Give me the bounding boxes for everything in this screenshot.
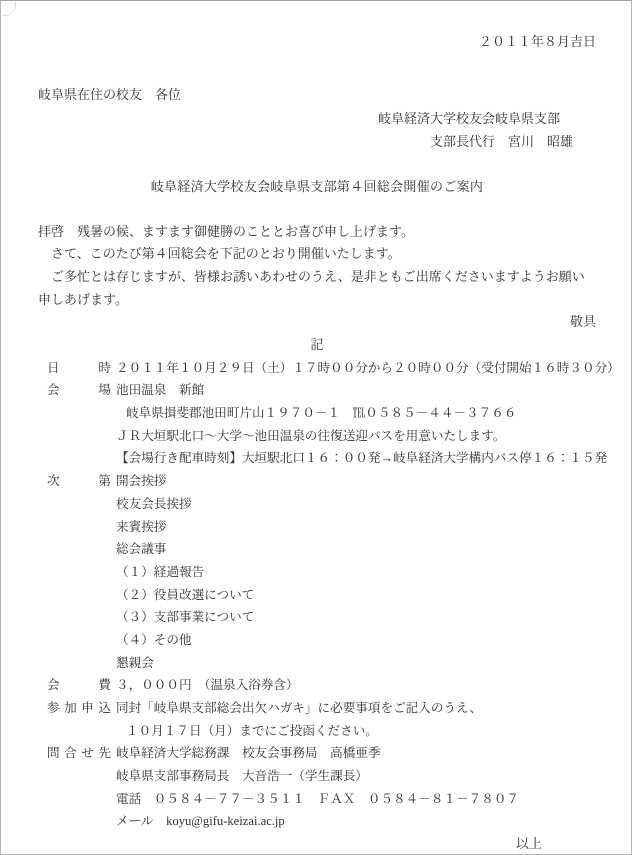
detail-content: 校友会長挨拶 — [116, 493, 192, 516]
detail-label — [47, 606, 111, 629]
detail-row: （２）役員改選について — [47, 584, 596, 607]
detail-label: 会場 — [47, 379, 111, 402]
detail-content: ３，０００円 （温泉入浴券含） — [116, 674, 299, 697]
document-title: 岐阜経済大学校友会岐阜県支部第４回総会開催のご案内 — [38, 176, 596, 199]
detail-content: （２）役員改選について — [116, 584, 254, 607]
detail-label: 会費 — [47, 674, 111, 697]
detail-row: 会費 ３，０００円 （温泉入浴券含） — [47, 674, 596, 697]
detail-label: 問合せ先 — [47, 742, 111, 765]
detail-label — [47, 810, 111, 833]
detail-content: ＪＲ大垣駅北口～大学～池田温泉の往復送迎バスを用意いたします。 — [116, 425, 505, 448]
detail-row: 日時 ２０１１年１０月２９日（土）１７時００分から２０時００分（受付開始１６時３… — [47, 357, 596, 380]
detail-row: 【会場行き配車時刻】大垣駅北口１６：００発→岐阜経済大学構内バス停１６：１５発 — [47, 447, 596, 470]
detail-row: 校友会長挨拶 — [47, 493, 596, 516]
record-heading: 記 — [38, 334, 596, 357]
addressee: 岐阜県在住の校友 各位 — [38, 84, 596, 107]
detail-content: 来賓挨拶 — [116, 516, 166, 539]
sender-representative: 支部長代行 宮川 昭雄 — [430, 131, 596, 154]
details-list: 日時 ２０１１年１０月２９日（土）１７時００分から２０時００分（受付開始１６時３… — [47, 357, 596, 833]
greeting-line: 拝啓 残暑の候、ますます御健勝のこととお喜び申し上げます。 — [38, 221, 596, 244]
detail-content: 岐阜県支部事務局長 大音浩一（学生課長） — [116, 765, 368, 788]
scan-corner-artifact — [0, 0, 16, 16]
detail-row: ＪＲ大垣駅北口～大学～池田温泉の往復送迎バスを用意いたします。 — [47, 425, 596, 448]
detail-label — [47, 516, 111, 539]
detail-label — [47, 425, 111, 448]
document-page: ２０１１年８月吉日 岐阜県在住の校友 各位 岐阜経済大学校友会岐阜県支部 支部長… — [0, 0, 632, 855]
detail-content: １０月１７日（月）までにご投函ください。 — [126, 720, 378, 743]
detail-row: 来賓挨拶 — [47, 516, 596, 539]
detail-row: 岐阜県支部事務局長 大音浩一（学生課長） — [47, 765, 596, 788]
detail-label — [47, 720, 111, 743]
greeting-line: ご多忙とは存じますが、皆様お誘いあわせのうえ、是非ともご出席くださいますようお願… — [38, 266, 596, 311]
detail-row: 岐阜県揖斐郡池田町片山１９７０－１ ℡０５８５－４４－３７６６ — [47, 402, 596, 425]
greeting-paragraphs: 拝啓 残暑の候、ますます御健勝のこととお喜び申し上げます。 さて、このたび第４回… — [38, 221, 596, 312]
detail-label — [47, 629, 111, 652]
detail-content: 総会議事 — [116, 538, 166, 561]
detail-row: （１）経過報告 — [47, 561, 596, 584]
detail-label — [47, 765, 111, 788]
detail-label — [47, 561, 111, 584]
detail-label — [47, 538, 111, 561]
detail-content: メール koyu@gifu-keizai.ac.jp — [116, 810, 285, 833]
detail-row: 総会議事 — [47, 538, 596, 561]
detail-content: （１）経過報告 — [116, 561, 204, 584]
detail-label: 参加申込 — [47, 697, 111, 720]
detail-row: 電話 ０５８４－７７－３５１１ ＦＡＸ ０５８４－８１－７８０７ — [47, 788, 596, 811]
detail-content: 岐阜県揖斐郡池田町片山１９７０－１ ℡０５８５－４４－３７６６ — [126, 402, 516, 425]
detail-content: 懇親会 — [116, 652, 154, 675]
detail-label — [47, 447, 111, 470]
detail-content: 同封「岐阜県支部総会出欠ハガキ」に必要事項をご記入のうえ、 — [116, 697, 482, 720]
detail-row: １０月１７日（月）までにご投函ください。 — [47, 720, 596, 743]
detail-label — [47, 652, 111, 675]
detail-content: ２０１１年１０月２９日（土）１７時００分から２０時００分（受付開始１６時３０分） — [116, 357, 620, 380]
detail-row: （３）支部事業について — [47, 606, 596, 629]
detail-label — [47, 402, 111, 425]
closing-word: 敬具 — [38, 311, 596, 334]
document-date: ２０１１年８月吉日 — [38, 31, 596, 54]
detail-label: 日時 — [47, 357, 111, 380]
detail-label — [47, 788, 111, 811]
detail-content: 岐阜経済大学総務課 校友会事務局 高橋亜季 — [116, 742, 380, 765]
detail-row: 次第 開会挨拶 — [47, 470, 596, 493]
detail-content: 開会挨拶 — [116, 470, 166, 493]
detail-content: （３）支部事業について — [116, 606, 254, 629]
sender-organization: 岐阜経済大学校友会岐阜県支部 — [378, 108, 596, 131]
detail-content: 電話 ０５８４－７７－３５１１ ＦＡＸ ０５８４－８１－７８０７ — [116, 788, 519, 811]
detail-label — [47, 493, 111, 516]
detail-row: 懇親会 — [47, 652, 596, 675]
detail-row: メール koyu@gifu-keizai.ac.jp — [47, 810, 596, 833]
greeting-line: さて、このたび第４回総会を下記のとおり開催いたします。 — [38, 243, 596, 266]
detail-row: 問合せ先 岐阜経済大学総務課 校友会事務局 高橋亜季 — [47, 742, 596, 765]
detail-label — [47, 584, 111, 607]
detail-content: （４）その他 — [116, 629, 192, 652]
detail-row: 参加申込 同封「岐阜県支部総会出欠ハガキ」に必要事項をご記入のうえ、 — [47, 697, 596, 720]
detail-row: 会場 池田温泉 新館 — [47, 379, 596, 402]
end-word: 以上 — [38, 833, 596, 855]
detail-label: 次第 — [47, 470, 111, 493]
detail-row: （４）その他 — [47, 629, 596, 652]
detail-content: 池田温泉 新館 — [116, 379, 204, 402]
detail-content: 【会場行き配車時刻】大垣駅北口１６：００発→岐阜経済大学構内バス停１６：１５発 — [116, 447, 607, 470]
